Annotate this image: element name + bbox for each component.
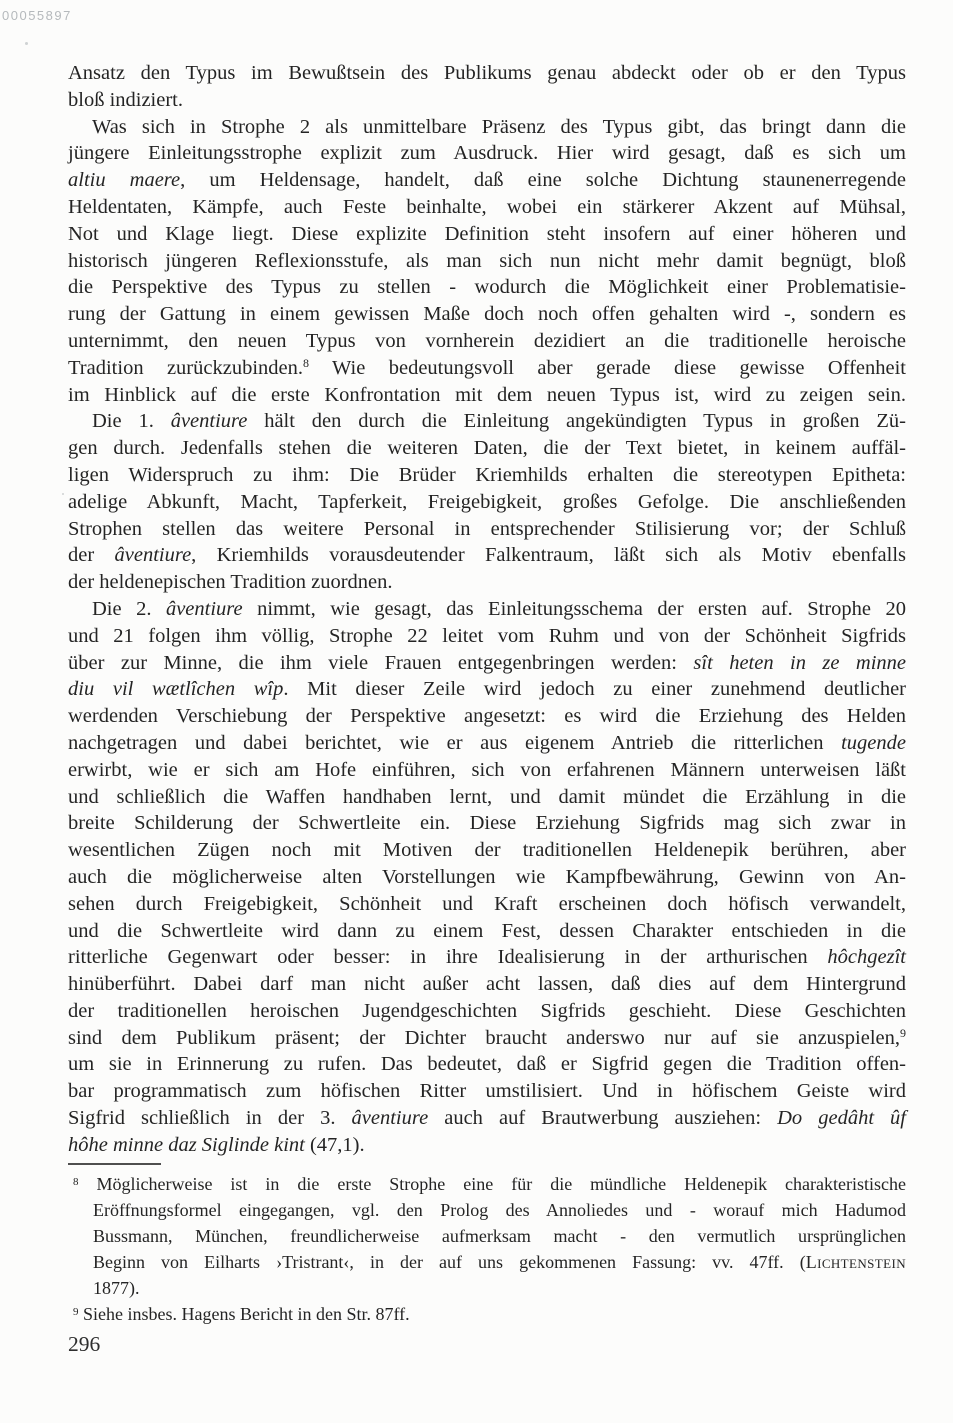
text-line: diu vil wætlîchen wîp. Mit dieser Zeile … [68, 676, 906, 703]
text-line: historisch jüngeren Reflexionsstufe, als… [68, 248, 906, 275]
text-line: hôhe minne daz Siglinde kint (47,1). [68, 1132, 906, 1159]
paragraph: Die 2. âventiure nimmt, wie gesagt, das … [68, 596, 906, 1159]
page-number: 296 [68, 1332, 100, 1357]
text-line: ritterliche Gegenwart oder besser: in ih… [68, 944, 906, 971]
text-line: Heldentaten, Kämpfe, auch Feste beinhalt… [68, 194, 906, 221]
italic-phrase: tugende [841, 732, 906, 754]
text-line: sind dem Publikum präsent; der Dichter b… [68, 1025, 906, 1052]
scan-watermark: 00055897 [2, 8, 72, 23]
scan-speck [25, 42, 28, 45]
text-line: ligen Widerspruch zu ihm: Die Brüder Kri… [68, 462, 906, 489]
italic-phrase: hôchgezît [827, 946, 906, 968]
text-line: bar programmatisch zum höfischen Ritter … [68, 1078, 906, 1105]
text-line: Strophen stellen das weitere Personal in… [68, 516, 906, 543]
text-line: um sie in Erinnerung zu rufen. Das bedeu… [68, 1051, 906, 1078]
text-line: bloß indiziert. [68, 87, 906, 114]
text-line: rung der Gattung in einem gewissen Maße … [68, 301, 906, 328]
footnote-marker: 8 [303, 356, 309, 370]
text-line: breite Schilderung der Schwertleite ein.… [68, 810, 906, 837]
text-line: jüngere Einleitungsstrophe explizit zum … [68, 140, 906, 167]
text-line: der traditionellen heroischen Jugendgesc… [68, 998, 906, 1025]
footnote-marker: 9 [73, 1306, 79, 1318]
italic-phrase: diu vil wætlîchen wîp [68, 678, 283, 700]
italic-phrase: altiu maere [68, 169, 180, 191]
text-line: gen durch. Jedenfalls stehen die weitere… [68, 435, 906, 462]
text-line: der âventiure, Kriemhilds vorausdeutende… [68, 542, 906, 569]
italic-phrase: âventiure [115, 544, 192, 566]
paragraph: Die 1. âventiure hält den durch die Einl… [68, 408, 906, 596]
text-line: Sigfrid schließlich in der 3. âventiure … [68, 1105, 906, 1132]
text-line: Tradition zurückzubinden.8 Wie bedeutung… [68, 355, 906, 382]
footnote-line: Beginn von Eilharts ›Tristrant‹, in der … [93, 1249, 906, 1275]
text-line: Die 1. âventiure hält den durch die Einl… [68, 408, 906, 435]
footnote-line: Eröffnungsformel eingegangen, vgl. den P… [93, 1197, 906, 1223]
footnotes: 8 Möglicherweise ist in die erste Stroph… [68, 1171, 906, 1327]
small-caps-name: Lichtenstein [806, 1252, 906, 1272]
text-line: der heldenepischen Tradition zuordnen. [68, 569, 906, 596]
text-line: und 21 folgen ihm völlig, Strophe 22 lei… [68, 623, 906, 650]
italic-phrase: âventiure [352, 1107, 429, 1129]
text-line: Die 2. âventiure nimmt, wie gesagt, das … [68, 596, 906, 623]
text-line: über zur Minne, die ihm viele Frauen ent… [68, 650, 906, 677]
italic-phrase: Do gedâht ûf [777, 1107, 906, 1129]
paragraph: Ansatz den Typus im Bewußtsein des Publi… [68, 60, 906, 114]
footnote-line: 1877). [93, 1275, 906, 1301]
main-text: Ansatz den Typus im Bewußtsein des Publi… [68, 60, 906, 1159]
scanned-page: 00055897 Ansatz den Typus im Bewußtsein … [0, 0, 953, 1423]
text-line: altiu maere, um Heldensage, handelt, daß… [68, 167, 906, 194]
italic-phrase: hôhe minne daz Siglinde kint [68, 1134, 305, 1156]
text-line: die Perspektive des Typus zu stellen - w… [68, 274, 906, 301]
paragraph: Was sich in Strophe 2 als unmittelbare P… [68, 114, 906, 409]
footnote-marker: 9 [900, 1026, 906, 1040]
text-line: und die Schwertleite wird dann zu einem … [68, 918, 906, 945]
text-line: Not und Klage liegt. Diese explizite Def… [68, 221, 906, 248]
text-line: hinüberführt. Dabei darf man nicht außer… [68, 971, 906, 998]
footnote: 8 Möglicherweise ist in die erste Stroph… [68, 1171, 906, 1301]
text-line: unternimmt, den neuen Typus von vornhere… [68, 328, 906, 355]
text-line: erwirbt, wie er sich am Hofe einführen, … [68, 757, 906, 784]
footnote: 9 Siehe insbes. Hagens Bericht in den St… [68, 1301, 906, 1327]
text-line: sehen durch Freigebigkeit, Schönheit und… [68, 891, 906, 918]
footnote-line: 8 Möglicherweise ist in die erste Stroph… [93, 1171, 906, 1197]
text-line: wesentlichen Zügen noch mit Motiven der … [68, 837, 906, 864]
text-line: im Hinblick auf die erste Konfrontation … [68, 382, 906, 409]
text-line: Was sich in Strophe 2 als unmittelbare P… [68, 114, 906, 141]
footnote-line: 9 Siehe insbes. Hagens Bericht in den St… [93, 1301, 906, 1327]
text-line: Ansatz den Typus im Bewußtsein des Publi… [68, 60, 906, 87]
text-line: nachgetragen und dabei berichtet, wie er… [68, 730, 906, 757]
scan-speck [62, 493, 64, 495]
footnote-line: Bussmann, München, freundlicherweise auf… [93, 1223, 906, 1249]
italic-phrase: sît heten in ze minne [693, 652, 906, 674]
footnote-separator [68, 1163, 161, 1165]
text-line: werdenden Verschiebung der Perspektive a… [68, 703, 906, 730]
footnote-marker: 8 [73, 1176, 79, 1188]
text-line: adelige Abkunft, Macht, Tapferkeit, Frei… [68, 489, 906, 516]
italic-phrase: âventiure [166, 598, 243, 620]
text-line: und schließlich die Waffen handhaben ler… [68, 784, 906, 811]
italic-phrase: âventiure [171, 410, 248, 432]
text-line: auch die möglicherweise alten Vorstellun… [68, 864, 906, 891]
